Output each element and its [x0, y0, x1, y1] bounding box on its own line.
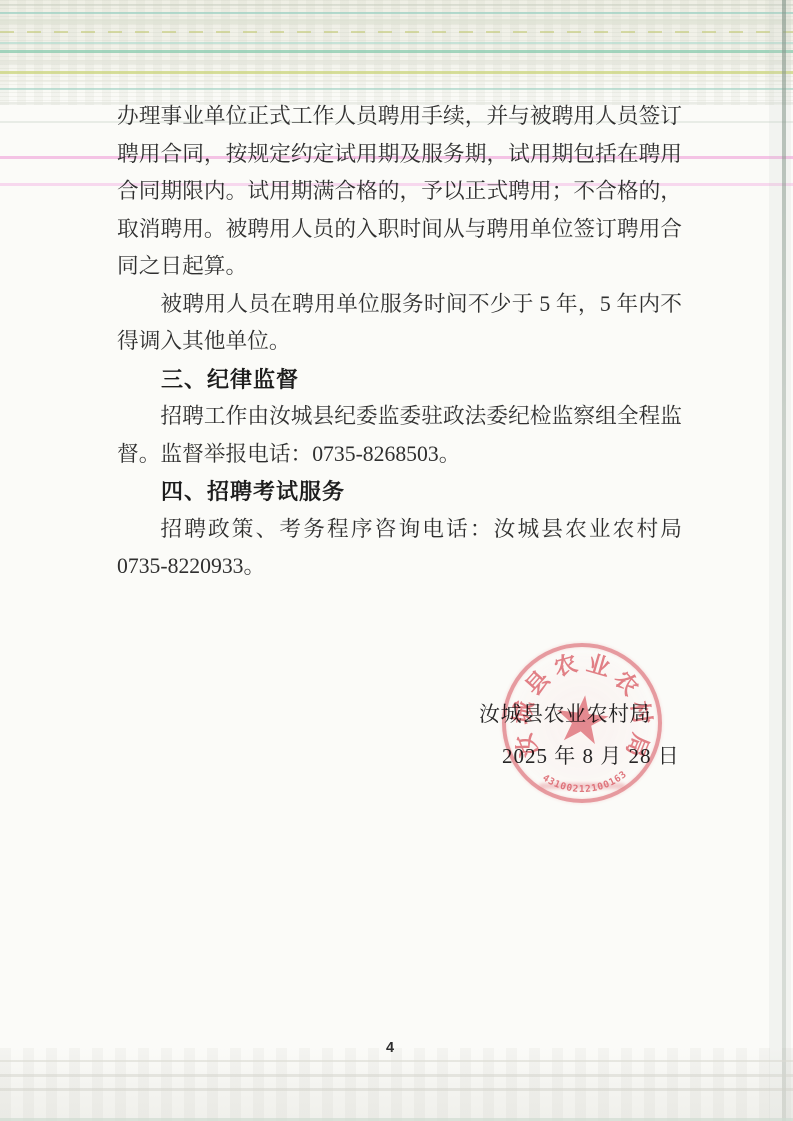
- scan-artifact-line: [0, 50, 793, 53]
- scan-artifact-line: [0, 1060, 793, 1062]
- scanned-document-page: 办理事业单位正式工作人员聘用手续，并与被聘用人员签订聘用合同，按规定约定试用期及…: [0, 0, 793, 1121]
- section-heading-exam-service: 四、招聘考试服务: [117, 473, 682, 511]
- seal-subtext-blur: [539, 783, 625, 789]
- scan-artifact-top: [0, 0, 793, 105]
- paragraph-supervision: 招聘工作由汝城县纪委监委驻政法委纪检监察组全程监督。监督举报电话：0735-82…: [117, 398, 682, 473]
- scan-artifact-line: [0, 12, 793, 14]
- scan-artifact-line: [0, 1074, 793, 1077]
- official-seal: 汝城县农业农村局 43100212100163: [502, 643, 662, 803]
- paragraph-service-period: 被聘用人员在聘用单位服务时间不少于 5 年，5 年内不得调入其他单位。: [117, 286, 682, 361]
- scan-artifact-line: [0, 60, 793, 64]
- scan-artifact-right-edge: [782, 0, 786, 1121]
- paragraph-hiring-procedure: 办理事业单位正式工作人员聘用手续，并与被聘用人员签订聘用合同，按规定约定试用期及…: [117, 98, 682, 286]
- scan-artifact-line: [0, 88, 793, 90]
- scan-artifact-right-smear: [769, 0, 791, 1121]
- scan-artifact-line: [0, 80, 793, 82]
- document-body: 办理事业单位正式工作人员聘用手续，并与被聘用人员签订聘用合同，按规定约定试用期及…: [117, 98, 682, 586]
- scan-artifact-bottom: [0, 1048, 793, 1121]
- scan-artifact-line: [0, 71, 793, 74]
- scan-artifact-line: [0, 31, 793, 33]
- scan-artifact-line: [0, 4, 793, 6]
- scan-artifact-line: [0, 42, 793, 44]
- section-heading-discipline: 三、纪律监督: [117, 361, 682, 399]
- paragraph-consult-phone: 招聘政策、考务程序咨询电话：汝城县农业农村局0735-8220933。: [117, 511, 682, 586]
- scan-artifact-line: [0, 19, 793, 24]
- scan-artifact-line: [0, 1088, 793, 1091]
